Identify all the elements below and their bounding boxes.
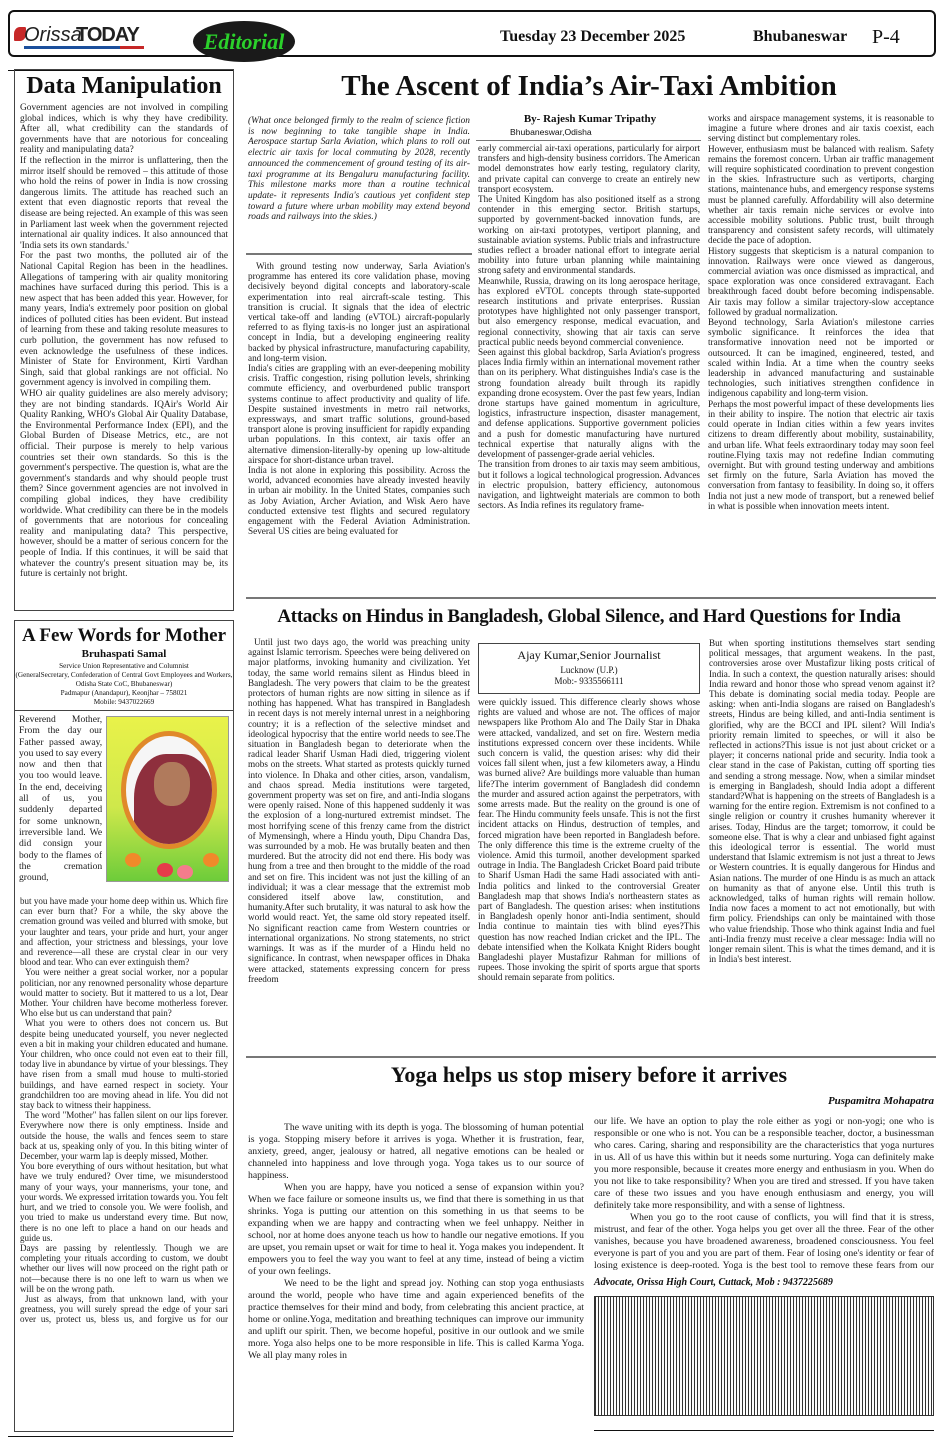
photo-frame [121,731,217,849]
divider [246,253,472,255]
article-title: Attacks on Hindus in Bangladesh, Global … [244,606,934,628]
paragraph: Seen against this global backdrop, Sarla… [478,347,700,459]
logo-text-today: TODAY [76,24,139,47]
issue-city: Bhubaneswar [753,28,847,46]
byline: By- Rajesh Kumar Tripathy [480,113,700,125]
article-title: Data Manipulation [15,73,233,100]
paragraph: What you were to others does not concern… [20,1018,228,1110]
mother-tribute-box: A Few Words for Mother Bruhaspati Samal … [14,620,234,1432]
paragraph: early commercial air-taxi operations, pa… [478,143,700,194]
article-intro: (What once belonged firmly to the realm … [248,116,470,246]
page-number: P-4 [872,26,900,49]
paragraph: Beyond technology, Sarla Aviation's mile… [708,317,934,399]
orissa-today-logo[interactable]: Orissa TODAY [14,24,154,50]
author-box: Ajay Kumar,Senior Journalist Lucknow (U.… [478,643,700,694]
author-address: Padmapur (Anandapur), Keonjhar – 758021 [15,689,233,698]
author-signoff: Advocate, Orissa High Court, Cuttack, Mo… [594,1277,934,1288]
divider [594,1430,934,1431]
paragraph: WHO air quality guidelines are also mere… [20,389,228,580]
paragraph: When you are happy, have you noticed a s… [248,1182,584,1278]
author-org: (GeneralSecretary, Confederation of Cent… [15,671,233,689]
author-name: Puspamitra Mohapatra [700,1095,934,1107]
paragraph: You were neither a great social worker, … [20,967,228,1018]
article-column-2: early commercial air-taxi operations, pa… [478,143,700,591]
paragraph: However, enthusiasm must be balanced wit… [708,144,934,246]
author-name: Bruhaspati Samal [15,648,233,660]
paragraph: The transition from drones to air taxis … [478,459,700,510]
paragraph: The word "Mother" has fallen silent on o… [20,1110,228,1161]
author-details: Service Union Representative and Columni… [15,662,233,707]
paragraph: works and airspace management systems, i… [708,113,934,144]
paragraph: When you go to the root cause of conflic… [594,1212,934,1272]
article-column-3: But when sporting institutions themselve… [709,638,935,1051]
paragraph: History suggests that skepticism is a na… [708,246,934,317]
paragraph: Just as always, from that unknown land, … [20,1294,228,1324]
article-column-1: With ground testing now underway, Sarla … [248,261,470,591]
paragraph: If the reflection in the mirror is unfla… [20,156,228,251]
portrait-photo-icon [106,716,229,882]
article-column-3: works and airspace management systems, i… [708,113,934,591]
paragraph: Government agencies are not involved in … [20,103,228,156]
divider [246,597,936,599]
paragraph: India's cities are grappling with an eve… [248,363,470,465]
paragraph: India is not alone in exploring this pos… [248,465,470,536]
paragraph: Meanwhile, Russia, drawing on its long a… [478,276,700,347]
divider [476,140,701,141]
byline-location: Bhubaneswar,Odisha [480,127,640,137]
paragraph: With ground testing now underway, Sarla … [248,261,470,363]
article-title: A Few Words for Mother [15,625,233,647]
divider [8,1436,233,1437]
paragraph: We need to be the light and spread joy. … [248,1278,584,1362]
logo-text-orissa: Orissa [24,24,82,47]
article-column-2: our life. We have an option to play the … [594,1116,934,1272]
paragraph: but you have made your home deep within … [20,896,228,967]
article-column-1: The wave uniting with its depth is yoga.… [248,1122,584,1432]
author-name: Ajay Kumar,Senior Journalist [479,648,699,663]
article-column-2: were quickly issued. This difference cle… [478,697,700,1051]
issue-date: Tuesday 23 December 2025 [500,28,685,46]
article-column-1: Until just two days ago, the world was p… [248,637,470,1051]
article-title: Yoga helps us stop misery before it arri… [244,1062,934,1088]
paragraph: our life. We have an option to play the … [594,1116,934,1212]
author-role: Service Union Representative and Columni… [15,662,233,671]
section-badge-editorial: Editorial [193,21,295,62]
paragraph: Perhaps the most powerful impact of thes… [708,399,934,511]
paragraph: You bore everything of ours without hesi… [20,1161,228,1243]
data-manipulation-box: Data Manipulation Government agencies ar… [14,69,234,611]
divider [246,1056,936,1058]
author-location: Lucknow (U.P.) [479,665,699,675]
logo-underline-red [120,46,144,49]
tribute-body: but you have made your home deep within … [15,894,233,1324]
article-body: Government agencies are not involved in … [15,100,233,605]
tribute-opening: Reverend Mother, From the day our Father… [19,714,102,894]
barcode-pattern-icon [594,1296,934,1416]
paragraph: The wave uniting with its depth is yoga.… [248,1122,584,1182]
face [154,762,190,806]
article-title: The Ascent of India’s Air-Taxi Ambition [244,70,934,103]
paragraph: Days are passing by relentlessly. Though… [20,1243,228,1294]
author-mobile: Mobile: 9437022669 [15,698,233,707]
author-mobile: Mob:- 9335566111 [479,676,699,686]
paragraph: For the past two months, the polluted ai… [20,251,228,389]
paragraph: The United Kingdom has also positioned i… [478,194,700,276]
